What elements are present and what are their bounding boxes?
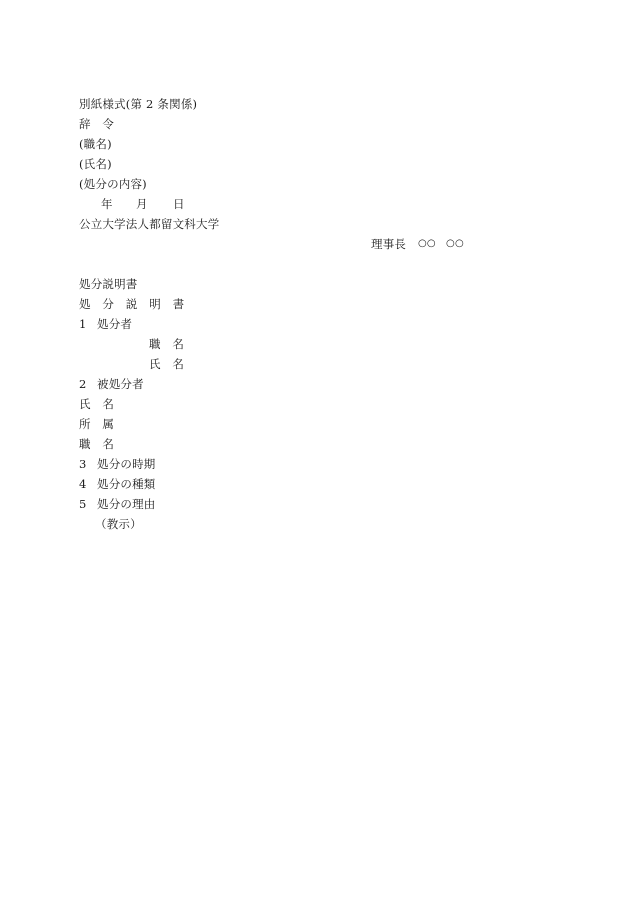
section-2-field-name: 氏 名 [79, 397, 114, 411]
issuer-organization: 公立大学法人都留文科大学 [79, 217, 219, 231]
position-field-label: (職名) [79, 137, 112, 151]
section-3-number: 3 [79, 457, 87, 471]
section-1-label: 処分者 [97, 317, 132, 331]
explanation-title: 処分説明書 [79, 277, 138, 291]
section-4-label: 処分の種類 [97, 477, 156, 491]
section-2-label: 被処分者 [97, 377, 144, 391]
disposition-content-label: (処分の内容) [79, 177, 147, 191]
explanation-spaced-title: 処 分 説 明 書 [79, 297, 184, 311]
jirei-heading: 辞 令 [79, 117, 114, 131]
section-5-number: 5 [79, 497, 87, 511]
date-day: 日 [173, 197, 185, 211]
section-4-number: 4 [79, 477, 87, 491]
chairman-name: ○○ ○○ [418, 237, 464, 251]
date-month: 月 [136, 197, 148, 211]
section-5-label: 処分の理由 [97, 497, 156, 511]
section-3-label: 処分の時期 [97, 457, 156, 471]
section-1-number: 1 [79, 317, 87, 331]
name-field-label: (氏名) [79, 157, 112, 171]
section-2-number: 2 [79, 377, 87, 391]
section-2-field-position: 職 名 [79, 437, 114, 451]
chairman-title: 理事長 [371, 237, 406, 251]
section-1-field-position: 職 名 [149, 337, 184, 351]
form-title: 別紙様式(第 2 条関係) [79, 97, 197, 111]
section-2-field-affiliation: 所 属 [79, 417, 114, 431]
document-page: 別紙様式(第 2 条関係) 辞 令 (職名) (氏名) (処分の内容) 年 月 … [0, 0, 630, 903]
section-1-field-name: 氏 名 [149, 357, 184, 371]
instruction-label: （教示） [95, 517, 142, 531]
date-year: 年 [101, 197, 113, 211]
